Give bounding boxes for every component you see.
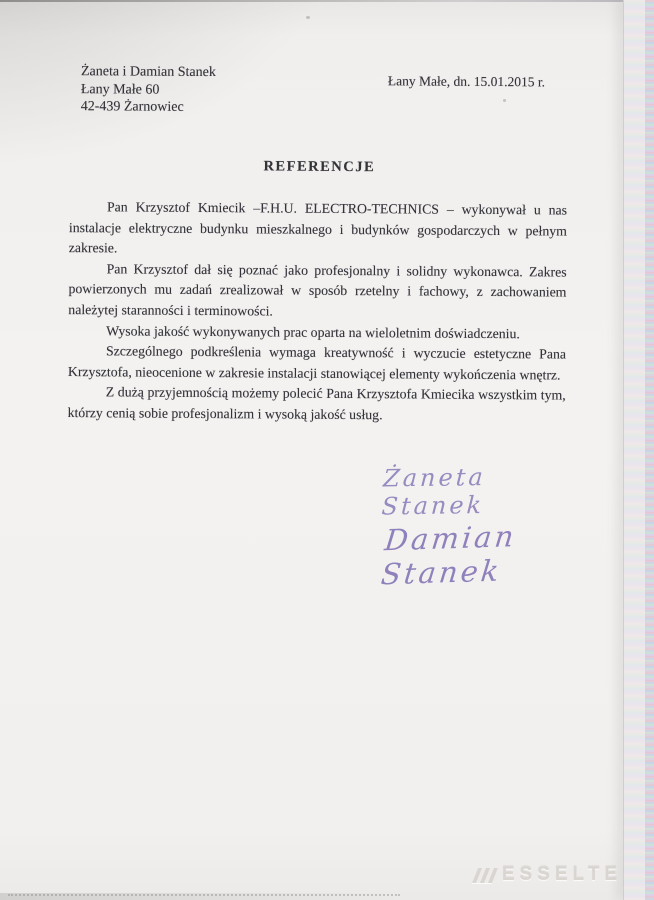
signature-zaneta-stanek: Żaneta Stanek: [381, 462, 594, 521]
scan-bottom-shadow: [0, 893, 654, 900]
sender-address-block: Żaneta i Damian Stanek Łany Małe 60 42-4…: [81, 63, 216, 116]
scan-color-band-edge: [645, 0, 654, 900]
letter-content: Żaneta i Damian Stanek Łany Małe 60 42-4…: [0, 0, 654, 900]
scan-color-band: [623, 0, 654, 900]
scan-speck: [306, 16, 310, 19]
sender-city: 42-439 Żarnowiec: [81, 98, 216, 116]
paragraph-intro: Pan Krzysztof Kmiecik –F.H.U. ELECTRO-TE…: [69, 197, 567, 262]
sleeve-watermark: ESSELTE: [475, 864, 622, 886]
letter-title: REFERENCJE: [0, 157, 639, 178]
scan-speck: [503, 99, 506, 102]
paragraph-creativity: Szczególnego podkreślenia wymaga kreatyw…: [68, 341, 566, 386]
handwritten-signatures: Żaneta Stanek Damian Stanek: [382, 462, 594, 590]
paragraph-recommendation: Z dużą przyjemnością możemy polecić Pana…: [68, 382, 566, 427]
scanned-reference-letter: Żaneta i Damian Stanek Łany Małe 60 42-4…: [0, 0, 654, 900]
esselte-logo-icon: [472, 868, 498, 883]
sleeve-brand-text: ESSELTE: [502, 864, 622, 886]
sender-street: Łany Małe 60: [81, 81, 216, 99]
sender-name: Żaneta i Damian Stanek: [81, 63, 216, 81]
letter-body: Pan Krzysztof Kmiecik –F.H.U. ELECTRO-TE…: [68, 197, 568, 427]
signature-damian-stanek: Damian Stanek: [379, 517, 597, 592]
paragraph-quality: Pan Krzysztof dał się poznać jako profes…: [68, 259, 566, 324]
place-and-date: Łany Małe, dn. 15.01.2015 r.: [388, 73, 545, 90]
